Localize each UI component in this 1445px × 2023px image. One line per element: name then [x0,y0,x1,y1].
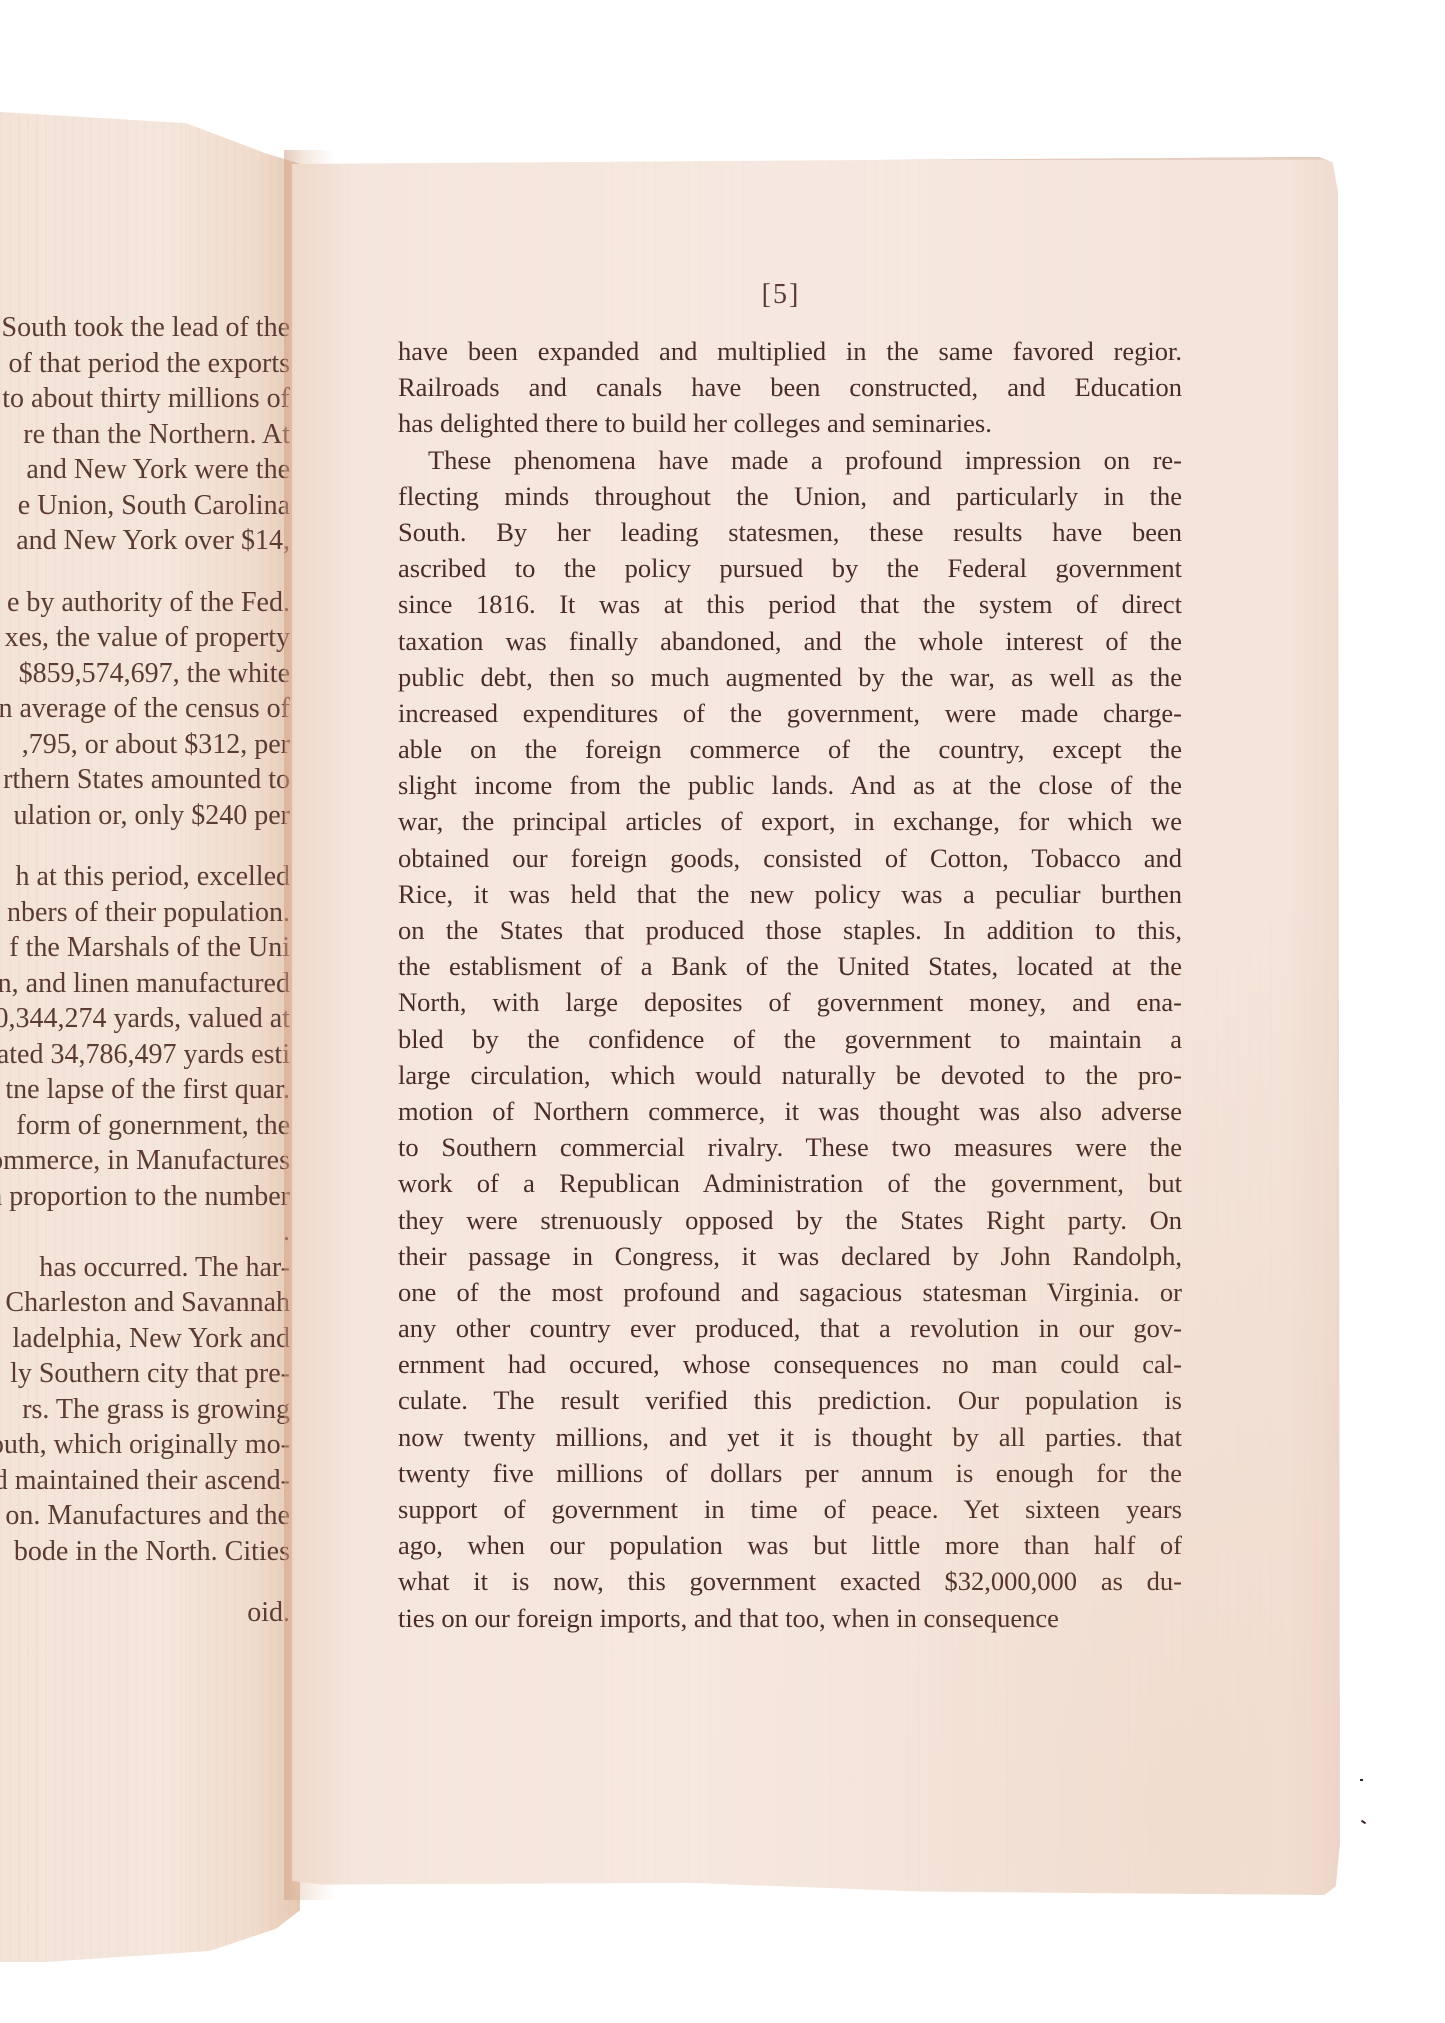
text-line: n average of the census of [0,691,290,727]
text-line: has delighted there to build her college… [398,405,1182,441]
text-line: war, the principal articles of export, i… [398,803,1182,839]
text-line: of that period the exports [0,346,290,382]
text-line [0,833,290,859]
text-line: have been expanded and multiplied in the… [398,333,1182,369]
text-line: form of gonernment, the [0,1108,290,1144]
text-line: e Union, South Carolina [0,488,290,524]
text-line: ernment had occured, whose consequences … [398,1346,1182,1382]
text-line: on the States that produced those staple… [398,912,1182,948]
text-line: n proportion to the number [0,1179,290,1215]
text-line: motion of Northern commerce, it was thou… [398,1093,1182,1129]
text-line: Rice, it was held that the new policy wa… [398,876,1182,912]
text-line: tne lapse of the first quar. [0,1072,290,1108]
text-line: bled by the confidence of the government… [398,1021,1182,1057]
text-line: nbers of their population. [0,895,290,931]
text-line: on. Manufactures and the [0,1498,290,1534]
text-line: ,795, or about $312, per [0,727,290,763]
text-line: ly Southern city that pre- [0,1356,290,1392]
text-line: bode in the North. Cities [0,1534,290,1570]
text-line: obtained our foreign goods, consisted of… [398,840,1182,876]
text-line: able on the foreign commerce of the coun… [398,731,1182,767]
text-line: since 1816. It was at this period that t… [398,586,1182,622]
text-line: Railroads and canals have been construct… [398,369,1182,405]
text-line: ago, when our population was but little … [398,1527,1182,1563]
text-line: slight income from the public lands. And… [398,767,1182,803]
text-line: rthern States amounted to [0,762,290,798]
text-line: ties on our foreign imports, and that to… [398,1600,1182,1636]
text-line: ommerce, in Manufactures [0,1143,290,1179]
page-number: [5] [257,279,1305,311]
text-line: now twenty millions, and yet it is thoug… [398,1419,1182,1455]
text-line: North, with large deposites of governmen… [398,984,1182,1020]
text-line: d maintained their ascend- [0,1463,290,1499]
text-line: e South took the lead of the [0,310,290,346]
text-line: f the Marshals of the Uni [0,930,290,966]
text-line: what it is now, this government exacted … [398,1563,1182,1599]
text-line: twenty five millions of dollars per annu… [398,1455,1182,1491]
text-line: rs. The grass is growing [0,1392,290,1428]
text-line: ladelphia, New York and [0,1321,290,1357]
text-line: support of government in time of peace. … [398,1491,1182,1527]
text-line: flecting minds throughout the Union, and… [398,478,1182,514]
text-line: one of the most profound and sagacious s… [398,1274,1182,1310]
text-line: culate. The result verified this predict… [398,1382,1182,1418]
text-line: xes, the value of property [0,620,290,656]
right-page-body-text: have been expanded and multiplied in the… [398,333,1182,1636]
text-line: Charleston and Savannah [0,1285,290,1321]
text-line: ascribed to the policy pursued by the Fe… [398,550,1182,586]
text-line [0,559,290,585]
text-line: the establisment of a Bank of the United… [398,948,1182,984]
text-line: increased expenditures of the government… [398,695,1182,731]
text-line: n, and linen manufactured [0,966,290,1002]
text-line: and New York over $14, [0,523,290,559]
text-line: South. By her leading statesmen, these r… [398,514,1182,550]
edge-mark [1361,1820,1366,1825]
text-line [0,1569,290,1595]
text-line: public debt, then so much augmented by t… [398,659,1182,695]
left-page: e South took the lead of theof that peri… [0,112,300,1962]
right-page: [5] have been expanded and multiplied in… [292,157,1340,1895]
text-line: h at this period, excelled [0,859,290,895]
text-line: has occurred. The har- [0,1250,290,1286]
text-line: 10,344,274 yards, valued at [0,1001,290,1037]
text-line: ated 34,786,497 yards esti [0,1037,290,1073]
text-line: they were strenuously opposed by the Sta… [398,1202,1182,1238]
text-line: $859,574,697, the white [0,656,290,692]
text-line: and New York were the [0,452,290,488]
edge-mark [1360,1779,1363,1781]
text-line: These phenomena have made a profound imp… [398,442,1182,478]
text-line: large circulation, which would naturally… [398,1057,1182,1093]
text-line: their passage in Congress, it was declar… [398,1238,1182,1274]
text-line: . [0,1214,290,1250]
text-line: any other country ever produced, that a … [398,1310,1182,1346]
text-line: taxation was finally abandoned, and the … [398,623,1182,659]
text-line: e by authority of the Fed. [0,585,290,621]
text-line: ulation or, only $240 per [0,798,290,834]
text-line: re than the Northern. At [0,417,290,453]
text-line: to Southern commercial rivalry. These tw… [398,1129,1182,1165]
text-line: to about thirty millions of [0,381,290,417]
text-line: outh, which originally mo- [0,1427,290,1463]
text-line: work of a Republican Administration of t… [398,1165,1182,1201]
left-page-text: e South took the lead of theof that peri… [0,310,290,1631]
text-line: oid. [0,1595,290,1631]
